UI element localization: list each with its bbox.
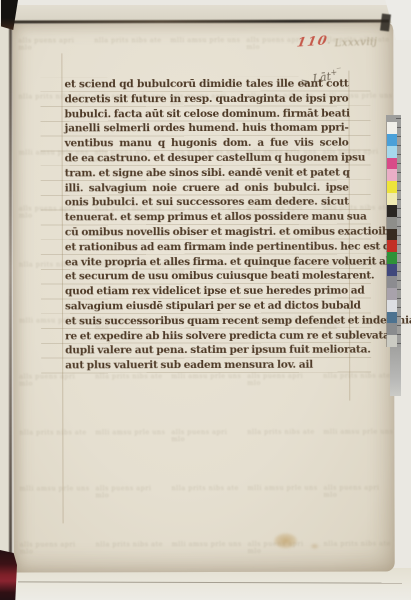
- color-patch-white: [387, 122, 397, 134]
- manuscript-text-line: et sciend qd bubulcorū dimidie tales ill…: [64, 77, 348, 93]
- bleedthrough-text: alls puens apri mlo: [247, 373, 319, 387]
- manuscript-text-line: ea vite propria et alles firma. et quinq…: [65, 254, 349, 270]
- ruling-vertical-left: [61, 53, 63, 523]
- color-patch-yellow: [387, 181, 397, 193]
- bleedthrough-text: nlla prits nibs ate: [19, 429, 91, 443]
- manuscript-text-line: ventibus manu q hugonis dom. a fue viis …: [65, 136, 349, 152]
- manuscript-text-line: aut plus valuerit sub eadem mensura lov.…: [65, 358, 349, 374]
- color-patch-steel-blue: [387, 312, 397, 324]
- bleedthrough-text: alls puens apri mlo: [171, 429, 243, 443]
- bleedthrough-text: alls puens apri mlo: [323, 484, 395, 498]
- manuscript-text-line: re et expedire ab hiis solvere predicta …: [65, 328, 349, 344]
- manuscript-text-line: salvagium eiusdē stipulari per se et ad …: [65, 299, 349, 315]
- bleedthrough-text: nlla prits nibs ate: [95, 373, 167, 387]
- color-patch-magenta: [387, 158, 397, 170]
- manuscript-text-line: quod etiam rex videlicet ipse et sue her…: [65, 284, 349, 300]
- color-patch-pale-yellow: [387, 193, 397, 205]
- bleedthrough-text: mlli amsu prle uns: [323, 428, 395, 442]
- bleedthrough-text: nlla prits nibs ate: [171, 485, 243, 499]
- manuscript-text-line: de ea castruno. et desuper castellum q h…: [65, 151, 349, 167]
- color-patch-indigo: [387, 264, 397, 276]
- text-block: et sciend qd bubulcorū dimidie tales ill…: [64, 77, 349, 374]
- color-patch-red: [387, 240, 397, 252]
- manuscript-text-line: illi. salvagium noie cruere ad onis bubu…: [65, 180, 349, 196]
- bleedthrough-text: alls puens apri mlo: [95, 485, 167, 499]
- color-patch-dark-brown: [387, 229, 397, 241]
- manuscript-text-line: et suis successoribus quam recent semp d…: [65, 313, 349, 329]
- bleedthrough-text: alls puens apri mlo: [19, 373, 91, 387]
- manuscript-text-line: tenuerat. et semp primus et allos possid…: [65, 210, 349, 226]
- old-foliation: · Lxxxviij: [327, 37, 377, 50]
- color-patch-light-cyan: [387, 146, 397, 158]
- bleedthrough-text: nlla prits nibs ate: [324, 540, 396, 554]
- bleedthrough-text: mlli amsu prle uns: [172, 541, 244, 555]
- backdrop-left: [0, 23, 9, 572]
- manuscript-text-line: janelli selmerli ordes humend. huis thom…: [65, 121, 349, 137]
- bleedthrough-text: alls puens apri mlo: [18, 37, 90, 51]
- color-calibration-strip: [386, 115, 401, 396]
- manuscript-text-line: et rationibus ad eam firmam inde pertine…: [65, 239, 349, 255]
- color-patch-gray-3: [387, 323, 397, 335]
- manuscript-text-line: decretis sit future in resp. quadraginta…: [64, 91, 348, 107]
- underlying-page-edge-bottom: [0, 568, 411, 600]
- bleedthrough-text: nlla prits nibs ate: [96, 541, 168, 555]
- color-patch-blue: [387, 134, 397, 146]
- bleedthrough-text: alls puens apri mlo: [20, 541, 92, 555]
- manuscript-page: alls puens apri mlonlla prits nibs ateml…: [12, 23, 394, 573]
- stain: [274, 533, 298, 549]
- manuscript-photograph: alls puens apri mlonlla prits nibs ateml…: [0, 0, 411, 600]
- manuscript-text-line: bubulci. facta aūt sit celose dominum. f…: [65, 106, 349, 122]
- bleedthrough-text: mlli amsu prle uns: [247, 485, 319, 499]
- bleedthrough-text: mlli amsu prle uns: [170, 37, 242, 51]
- manuscript-text-line: tram. et signe abe sinos sibi. eandē ven…: [65, 165, 349, 181]
- book-weight: [0, 550, 17, 600]
- binding-gutter-shadow: [9, 23, 12, 572]
- manuscript-text-line: dupli valere aut pena. statim per ipsum …: [65, 343, 349, 359]
- color-strip-tab: [390, 347, 401, 396]
- color-patches: [386, 122, 397, 347]
- manuscript-text-line: et securum de usu omibus cuiusque beati …: [65, 269, 349, 285]
- color-patch-gray-2: [387, 276, 397, 288]
- color-patch-light-gray: [387, 300, 397, 312]
- color-patch-black: [387, 205, 397, 217]
- color-patch-pink: [387, 169, 397, 181]
- stain-small: [310, 543, 320, 550]
- color-patch-pale-gray: [387, 335, 397, 347]
- bleedthrough-text: nlla prits nibs ate: [247, 429, 319, 443]
- bleedthrough-text: mlli amsu prle uns: [19, 485, 91, 499]
- bleedthrough-text: mlli amsu prle uns: [95, 429, 167, 443]
- folio-number: 110: [296, 33, 330, 50]
- color-patch-gray: [387, 217, 397, 229]
- manuscript-text-line: cū omibus novellis obiser et magistri. e…: [65, 225, 349, 241]
- bleedthrough-text: mlli amsu prle uns: [171, 373, 243, 387]
- bleedthrough-text: nlla prits nibs ate: [94, 37, 166, 51]
- manuscript-text-line: onis bubulci. et sui successores eam ded…: [65, 195, 349, 211]
- color-patch-green: [387, 252, 397, 264]
- bleedthrough-text: nlla prits nibs ate: [323, 372, 395, 386]
- color-patch-mauve-gray: [387, 288, 397, 300]
